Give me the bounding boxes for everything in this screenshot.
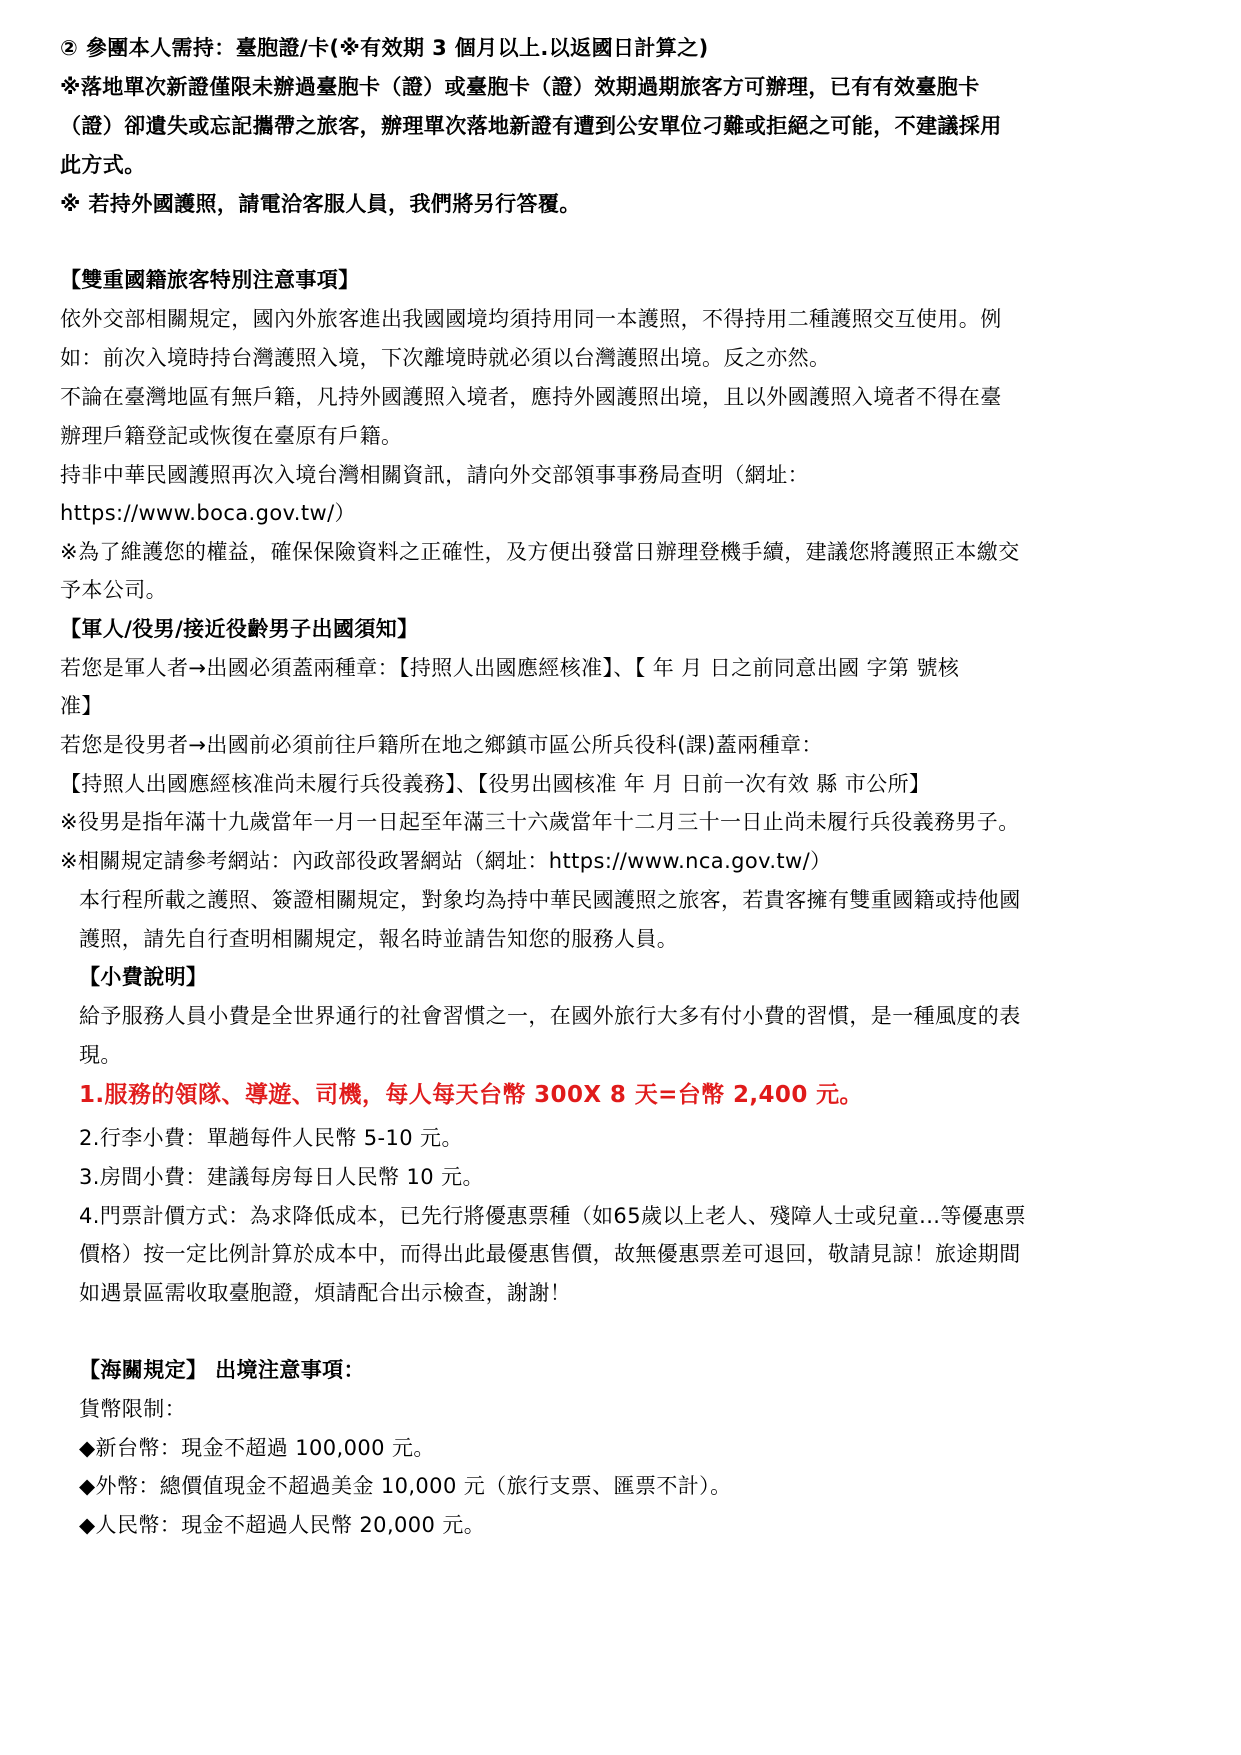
currency-limit-rmb: ◆人民幣：現金不超過人民幣 20,000 元。 xyxy=(79,1511,485,1539)
dual-nationality-line: 辦理戶籍登記或恢復在臺原有戶籍。 xyxy=(60,422,402,450)
tips-item-tickets: 價格）按一定比例計算於成本中，而得出此最優惠售價，故無優惠票差可退回，敬請見諒！… xyxy=(79,1240,1021,1268)
military-heading: 【軍人/役男/接近役齡男子出國須知】 xyxy=(60,615,419,643)
military-line: 若您是軍人者→出國必須蓋兩種章：【持照人出國應經核准】、【 年 月 日之前同意出… xyxy=(60,654,959,682)
tips-heading: 【小費說明】 xyxy=(79,963,207,991)
military-line: 本行程所載之護照、簽證相關規定，對象均為持中華民國護照之旅客，若貴客擁有雙重國籍… xyxy=(79,886,1021,914)
tips-item-guide: 1.服務的領隊、導遊、司機，每人每天台幣 300X 8 天=台幣 2,400 元… xyxy=(79,1081,863,1109)
passport-requirement: ② 參團本人需持：臺胞證/卡(※有效期 3 個月以上.以返國日計算之) xyxy=(60,34,709,62)
currency-limit-label: 貨幣限制： xyxy=(79,1395,186,1423)
dual-nationality-line: 不論在臺灣地區有無戶籍，凡持外國護照入境者，應持外國護照出境，且以外國護照入境者… xyxy=(60,383,1002,411)
military-line: 護照，請先自行查明相關規定，報名時並請告知您的服務人員。 xyxy=(79,925,678,953)
passport-note-line: 此方式。 xyxy=(60,151,146,179)
tips-item-room: 3.房間小費：建議每房每日人民幣 10 元。 xyxy=(79,1163,484,1191)
military-line: 【持照人出國應經核准尚未履行兵役義務】、【役男出國核准 年 月 日前一次有效 縣… xyxy=(60,770,930,798)
tips-intro-line: 給予服務人員小費是全世界通行的社會習慣之一，在國外旅行大多有付小費的習慣，是一種… xyxy=(79,1002,1021,1030)
tips-item-luggage: 2.行李小費：單趟每件人民幣 5-10 元。 xyxy=(79,1124,463,1152)
foreign-passport-note: ※ 若持外國護照，請電洽客服人員，我們將另行答覆。 xyxy=(60,190,581,218)
currency-limit-twd: ◆新台幣：現金不超過 100,000 元。 xyxy=(79,1434,435,1462)
tips-intro-line: 現。 xyxy=(79,1041,122,1069)
dual-nationality-heading: 【雙重國籍旅客特別注意事項】 xyxy=(60,266,360,294)
nca-url-line[interactable]: ※相關規定請參考網站：內政部役政署網站（網址：https://www.nca.g… xyxy=(60,847,831,875)
military-line: ※役男是指年滿十九歲當年一月一日起至年滿三十六歲當年十二月三十一日止尚未履行兵役… xyxy=(60,808,1020,836)
military-line: 若您是役男者→出國前必須前往戶籍所在地之鄉鎮市區公所兵役科(課)蓋兩種章： xyxy=(60,731,823,759)
military-line: 准】 xyxy=(60,692,103,720)
dual-nationality-line: 持非中華民國護照再次入境台灣相關資訊，請向外交部領事事務局查明（網址： xyxy=(60,461,809,489)
tips-item-tickets: 4.門票計價方式：為求降低成本，已先行將優惠票種（如65歲以上老人、殘障人士或兒… xyxy=(79,1202,1026,1230)
customs-heading: 【海關規定】 出境注意事項： xyxy=(79,1356,365,1384)
dual-nationality-line: 依外交部相關規定，國內外旅客進出我國國境均須持用同一本護照，不得持用二種護照交互… xyxy=(60,305,1002,333)
dual-nationality-line: ※為了維護您的權益，確保保險資料之正確性，及方便出發當日辦理登機手續，建議您將護… xyxy=(60,538,1020,566)
passport-note-line: （證）卻遺失或忘記攜帶之旅客，辦理單次落地新證有遭到公安單位刁難或拒絕之可能，不… xyxy=(60,112,1002,140)
boca-url-link[interactable]: https://www.boca.gov.tw/） xyxy=(60,499,356,527)
dual-nationality-line: 如：前次入境時持台灣護照入境，下次離境時就必須以台灣護照出境。反之亦然。 xyxy=(60,344,830,372)
tips-item-tickets: 如遇景區需收取臺胞證，煩請配合出示檢查，謝謝！ xyxy=(79,1279,571,1307)
dual-nationality-line: 予本公司。 xyxy=(60,576,167,604)
passport-note-line: ※落地單次新證僅限未辦過臺胞卡（證）或臺胞卡（證）效期過期旅客方可辦理，已有有效… xyxy=(60,73,980,101)
currency-limit-foreign: ◆外幣：總價值現金不超過美金 10,000 元（旅行支票、匯票不計）。 xyxy=(79,1472,731,1500)
document-page: ② 參團本人需持：臺胞證/卡(※有效期 3 個月以上.以返國日計算之) ※落地單… xyxy=(0,0,1241,1755)
